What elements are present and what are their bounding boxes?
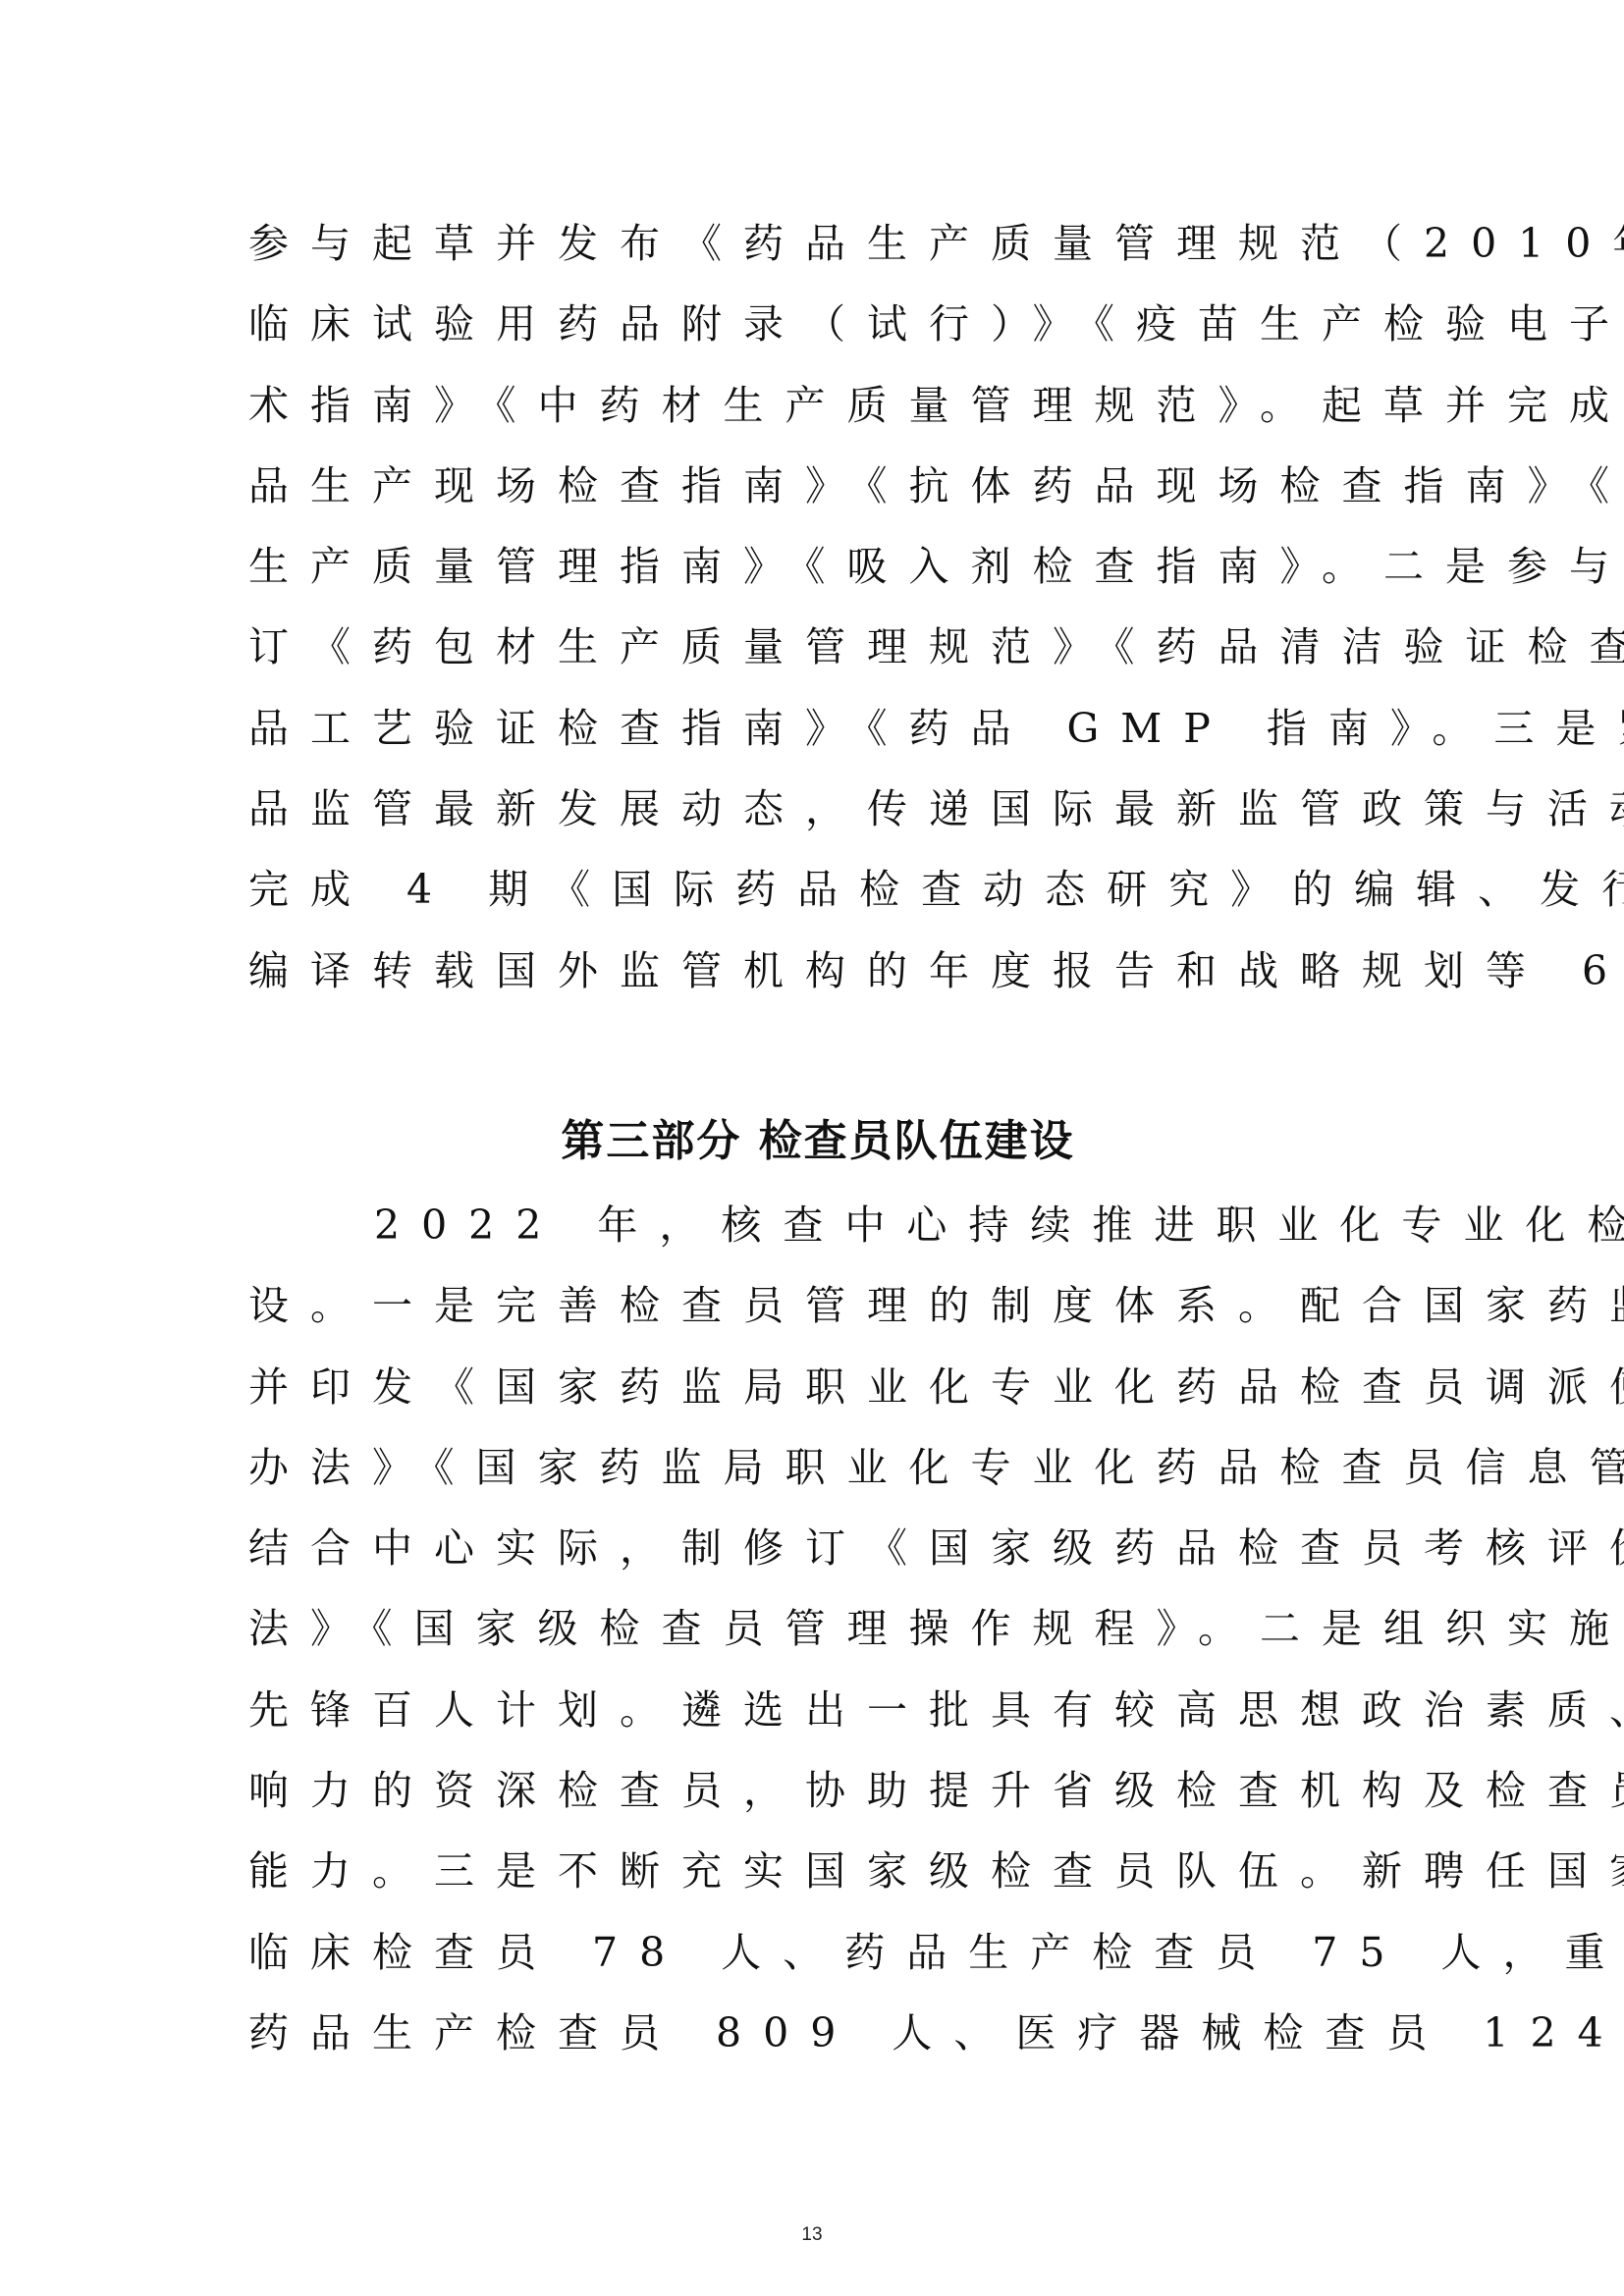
section-heading: 第三部分 检查员队伍建设 bbox=[248, 1112, 1387, 1171]
text-line: 完成 4 期《国际药品检查动态研究》的编辑、发行工作，共 bbox=[248, 860, 1387, 940]
text-line: 术指南》《中药材生产质量管理规范》。起草并完成《血液制 bbox=[248, 376, 1387, 456]
paragraph-2: 2022 年，核查中心持续推进职业化专业化检查员队伍建 设。一是完善检查员管理的… bbox=[248, 1196, 1387, 2084]
text-line: 设。一是完善检查员管理的制度体系。配合国家药监局制定 bbox=[248, 1276, 1387, 1357]
text-line: 响力的资深检查员，协助提升省级检查机构及检查员的检查 bbox=[248, 1761, 1387, 1842]
text-line: 办法》《国家药监局职业化专业化药品检查员信息管理办法》。 bbox=[248, 1438, 1387, 1519]
text-line: 生产质量管理指南》《吸入剂检查指南》。二是参与起草和修 bbox=[248, 537, 1387, 617]
text-line: 编译转载国外监管机构的年度报告和战略规划等 69 篇。 bbox=[248, 941, 1387, 1022]
text-line: 先锋百人计划。遴选出一批具有较高思想政治素质、较强影 bbox=[248, 1681, 1387, 1761]
text-line: 法》《国家级检查员管理操作规程》。二是组织实施药品检查 bbox=[248, 1599, 1387, 1680]
text-line: 并印发《国家药监局职业化专业化药品检查员调派使用管理 bbox=[248, 1358, 1387, 1438]
text-line: 品工艺验证检查指南》《药品 GMP 指南》。三是紧跟国际药 bbox=[248, 699, 1387, 779]
text-line: 订《药包材生产质量管理规范》《药品清洁验证检查指南》《药 bbox=[248, 617, 1387, 698]
text-line: 能力。三是不断充实国家级检查员队伍。新聘任国家级药物 bbox=[248, 1842, 1387, 1922]
text-line: 品生产现场检查指南》《抗体药品现场检查指南》《药品共线 bbox=[248, 456, 1387, 537]
text-line: 临床试验用药品附录（试行）》《疫苗生产检验电子化记录技 bbox=[248, 294, 1387, 375]
text-line: 品监管最新发展动态，传递国际最新监管政策与活动信息， bbox=[248, 779, 1387, 860]
text-line: 结合中心实际，制修订《国家级药品检查员考核评价管理办 bbox=[248, 1519, 1387, 1599]
paragraph-1: 参与起草并发布《药品生产质量管理规范（2010年修订）: 临床试验用药品附录（试… bbox=[248, 214, 1387, 1022]
text-line: 药品生产检查员 809 人、医疗器械检查员 124 人。四是强化 bbox=[248, 2003, 1387, 2084]
text-line: 临床检查员 78 人、药品生产检查员 75 人，重新聘任国家级 bbox=[248, 1923, 1387, 2003]
text-line: 2022 年，核查中心持续推进职业化专业化检查员队伍建 bbox=[248, 1196, 1387, 1276]
text-line: 参与起草并发布《药品生产质量管理规范（2010年修订）: bbox=[248, 214, 1387, 294]
page-number: 13 bbox=[0, 2224, 1624, 2246]
